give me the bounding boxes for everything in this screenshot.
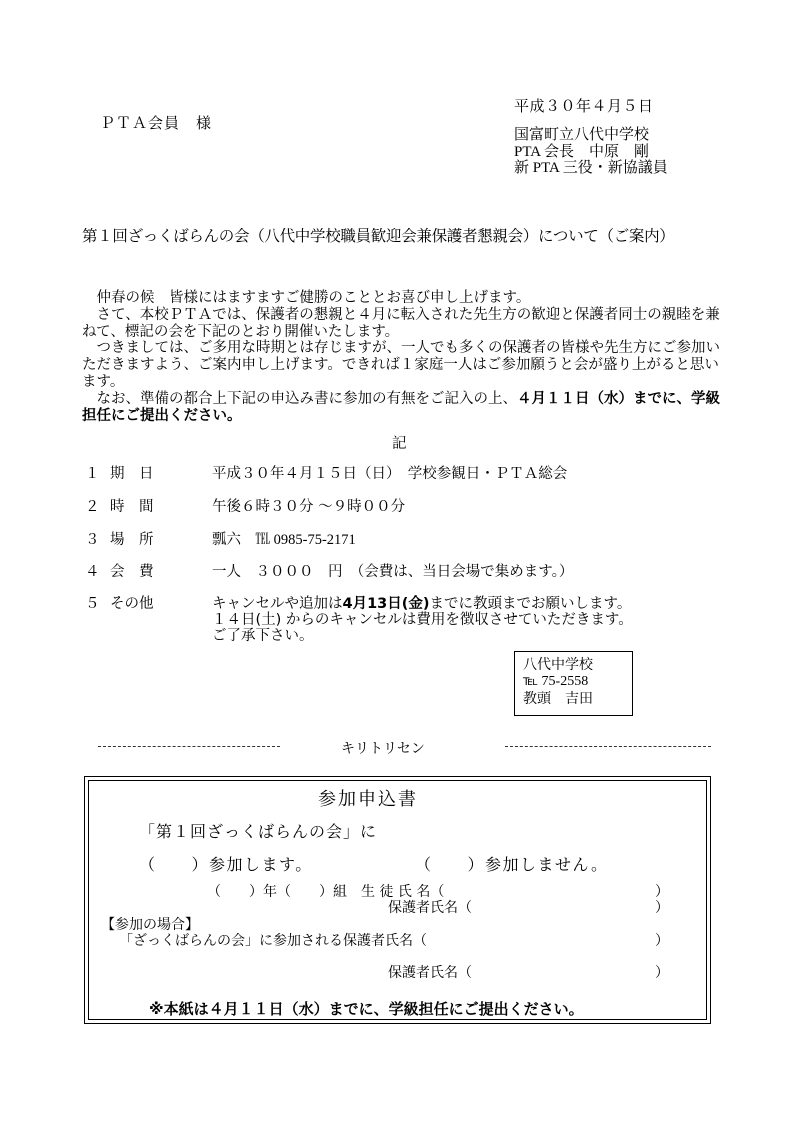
- contact-phone: ℡ 75-2558: [523, 674, 588, 690]
- item-number: ５: [85, 596, 105, 613]
- item-number: １: [85, 466, 105, 483]
- form-title: 参加申込書: [318, 785, 418, 811]
- student-name-close: ）: [655, 884, 669, 900]
- cancel-line-2: １４日(土) からのキャンセルは費用を徴収させていただきます。: [212, 612, 633, 628]
- contact-school: 八代中学校: [523, 657, 593, 673]
- item-value: 平成３０年４月１５日（日） 学校参観日・ＰＴＡ総会: [212, 466, 567, 483]
- cancel-line-3: ご了承下さい。: [212, 628, 633, 644]
- deadline-paragraph: なお、準備の都合上下記の申込み書に参加の有無をご記入の上、４月１１日（水）までに…: [82, 391, 722, 425]
- cut-line-label: キリトリセン: [341, 738, 425, 758]
- contact-person: 教頭 吉田: [523, 691, 593, 707]
- item-value: キャンセルや追加は4月13日(金)までに教頭までお願いします。 １４日(土) か…: [212, 596, 633, 644]
- attend-checkbox[interactable]: （ ）参加します。: [139, 852, 313, 875]
- attending-guardian-close: ）: [655, 933, 669, 949]
- form-event-line: 「第１回ざっくばらんの会」に: [139, 819, 377, 842]
- sender-president: PTA 会長 中原 剛: [514, 144, 668, 161]
- sender-block: 国富町立八代中学校 PTA 会長 中原 剛 新 PTA 三役・新協議員: [514, 127, 668, 177]
- sender-committee: 新 PTA 三役・新協議員: [514, 160, 668, 177]
- if-attending-label: 【参加の場合】: [101, 917, 199, 933]
- invitation-paragraph: つきましては、ご多用な時期とは存じますが、一人でも多くの保護者の皆様や先生方にご…: [82, 340, 722, 390]
- guardian-name-close: ）: [655, 900, 669, 916]
- guardian2-name-field[interactable]: 保護者氏名（: [388, 965, 472, 981]
- issue-date: 平成３０年４月５日: [514, 95, 654, 116]
- item-label: 時 間: [110, 499, 190, 516]
- attending-guardian-field[interactable]: 「ざっくばらんの会」に参加される保護者氏名（: [119, 933, 427, 949]
- item-number: ３: [85, 532, 105, 549]
- application-form: 参加申込書 「第１回ざっくばらんの会」に （ ）参加します。 （ ）参加しません…: [84, 776, 711, 1024]
- item-value: 午後６時３０分 ～９時００分: [212, 499, 405, 516]
- student-name-field[interactable]: （ ）年（ ）組 生 徒 氏 名（: [207, 884, 444, 900]
- recipient-line: ＰＴＡ会員 様: [100, 112, 212, 133]
- document-title: 第１回ざっくばらんの会（八代中学校職員歓迎会兼保護者懇親会）について（ご案内）: [82, 224, 675, 246]
- item-number: ２: [85, 499, 105, 516]
- greeting-paragraph: 仲春の候 皆様にはますますご健勝のこととお喜び申し上げます。: [82, 290, 722, 307]
- decline-checkbox[interactable]: （ ）参加しません。: [415, 852, 608, 875]
- item-label: 場 所: [110, 532, 190, 549]
- form-deadline-note: ※本紙は４月１１日（水）までに、学級担任にご提出ください。: [149, 998, 584, 1019]
- item-label: 会 費: [110, 564, 190, 581]
- cancel-line-1: キャンセルや追加は4月13日(金)までに教頭までお願いします。: [212, 596, 633, 612]
- item-number: ４: [85, 564, 105, 581]
- guardian-name-field[interactable]: 保護者氏名（: [388, 900, 472, 916]
- sender-school: 国富町立八代中学校: [514, 127, 668, 144]
- guardian2-name-close: ）: [655, 965, 669, 981]
- ki-heading: 記: [392, 432, 407, 453]
- item-label: その他: [110, 596, 190, 613]
- cut-line-right: [505, 746, 711, 747]
- deadline-text: なお、準備の都合上下記の申込み書に参加の有無をご記入の上、: [97, 391, 518, 407]
- cancel-deadline: 4月13日(金): [343, 596, 430, 612]
- cut-line-left: [98, 746, 280, 747]
- item-label: 期 日: [110, 466, 190, 483]
- item-value: 瓢六 ℡ 0985-75-2171: [212, 532, 356, 549]
- item-value: 一人 ３０００ 円 （会費は、当日会場で集めます。）: [212, 564, 573, 581]
- body-text: 仲春の候 皆様にはますますご健勝のこととお喜び申し上げます。 さて、本校ＰＴＡで…: [82, 290, 722, 424]
- contact-box: 八代中学校 ℡ 75-2558 教頭 吉田: [514, 651, 633, 716]
- purpose-paragraph: さて、本校ＰＴＡでは、保護者の懇親と４月に転入された先生方の歓迎と保護者同士の親…: [82, 307, 722, 341]
